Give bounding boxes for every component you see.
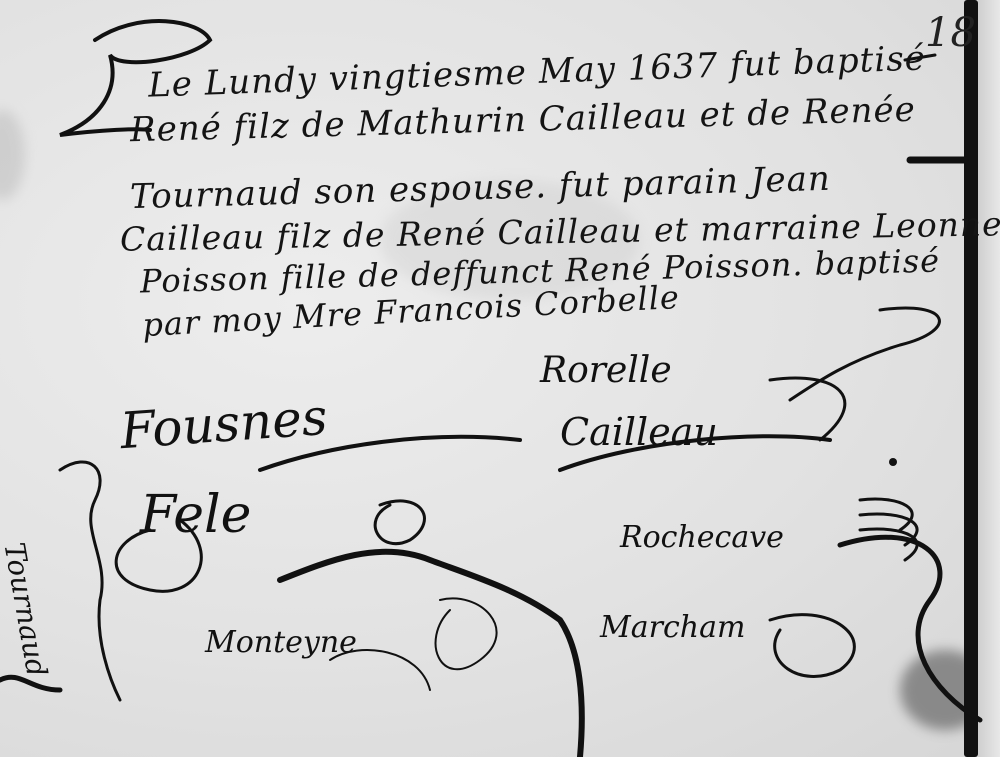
signature-fele: Fele — [140, 485, 251, 545]
register-page: 18 Le Lundy vingtiesme May 1637 fut bapt… — [0, 0, 1000, 757]
folio-number: 18 — [925, 10, 976, 56]
signature-rochecave: Rochecave — [620, 520, 784, 555]
signature-cailleau: Cailleau — [560, 410, 718, 454]
signature-monteyne: Monteyne — [205, 625, 357, 660]
signature-marcham: Marcham — [600, 610, 745, 645]
signature-rorelle: Rorelle — [540, 350, 672, 391]
